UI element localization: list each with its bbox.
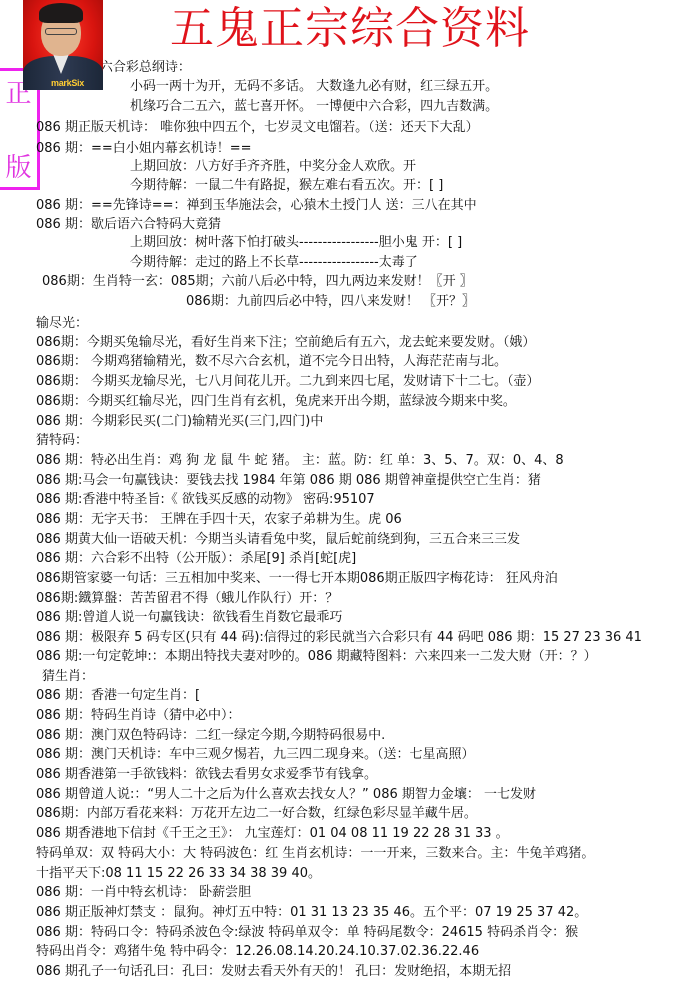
portrait-glasses: [45, 28, 77, 35]
text-line: 086 期：香港一句定生肖：[: [36, 686, 200, 706]
text-line: 086 期：特码口令：特码杀波色令:绿波 特码单双令：单 特码尾数令：24615…: [36, 923, 578, 943]
text-line: 输尽光：: [36, 314, 88, 334]
text-line: 086 期正版天机诗： 唯你独中四五个，七岁灵文电馏若。（送：还天下大乱）: [36, 118, 479, 138]
text-line: 上期回放：树叶落下怕打破头-----------------胆小鬼 开：[ ]: [130, 233, 462, 253]
text-line: 小码一两十为开，无码不多话。 大数逢九必有财，红三绿五开。: [130, 77, 498, 97]
text-line: 086期： 今期鸡猪输精光，数不尽六合玄机，道不完今日出特，人海茫茫南与北。: [36, 352, 507, 372]
text-line: 特码单双：双 特码大小：大 特码波色：红 生肖玄机诗：一一开来，三数来合。主：牛…: [36, 844, 594, 864]
text-line: 086 期：特码生肖诗（猜中必中）：: [36, 706, 240, 726]
text-line: 今期待解：走过的路上不长草-----------------太毒了: [130, 253, 418, 273]
text-line: 086 期孔子一句话孔曰：孔曰：发财去看天外有天的！ 孔曰：发财绝招，本期无招: [36, 962, 511, 982]
text-line: 十指平天下:08 11 15 22 26 33 34 38 39 40。: [36, 864, 321, 884]
text-line: 086 期：歇后语六合特码大竟猜: [36, 215, 221, 235]
text-line: 上期回放：八方好手齐齐胜，中奖分金人欢欣。开: [130, 157, 416, 177]
portrait-image: markSix: [23, 0, 103, 90]
text-line: 086 期黄大仙一语破天机：今期当头请看兔中奖，鼠后蛇前绕到狗，三五合来三三发: [36, 530, 520, 550]
text-line: 猜生肖：: [42, 667, 94, 687]
text-line: 猜特码：: [36, 431, 88, 451]
text-line: 086 期:曾道人说一句赢钱诀：欲钱看生肖数它最乖巧: [36, 608, 342, 628]
text-line: 086期：生肖特一玄：085期；六前八后必中特，四九两边来发财！〖开 〗: [42, 272, 473, 292]
page-title: 五鬼正宗综合资料: [170, 4, 570, 54]
text-line: 086 期：六合彩不出特（公开版）：杀尾[9] 杀肖[蛇[虎]: [36, 549, 356, 569]
text-line: 086 期香港地下信封《千王之王》： 九宝莲灯：01 04 08 11 19 2…: [36, 824, 509, 844]
text-line: 086期：今期买红输尽光，四门生肖有玄机，兔虎来开出今期，蓝绿波今期来中奖。: [36, 392, 516, 412]
text-line: 086 期香港第一手欲钱料：欲钱去看男女求爱季节有钱拿。: [36, 765, 377, 785]
text-line: 086 期:马会一句赢钱诀：要钱去找 1984 年第 086 期 086 期曾神…: [36, 471, 541, 491]
text-line: 086 期：==先锋诗==：禅到玉华施法会，心猿木土授门人 送：三八在其中: [36, 196, 477, 216]
text-line: 086期管家婆一句话：三五相加中奖来、一一得七开本期086期正版四字梅花诗： 狂…: [36, 569, 558, 589]
text-line: 086 期：特必出生肖：鸡 狗 龙 鼠 牛 蛇 猪。 主：蓝。防：红 单：3、5…: [36, 451, 564, 471]
text-line: 086 期曾道人说:：“男人二十之后为什么喜欢去找女人？” 086 期智力金壤：…: [36, 785, 536, 805]
text-line: 086 期：无字天书： 王牌在手四十天，农家子弟耕为生。虎 06: [36, 510, 402, 530]
text-line: 086 期正版神灯禁支 ：鼠狗。神灯五中特：01 31 13 23 35 46。…: [36, 903, 587, 923]
badge-char-ban: 版: [5, 153, 31, 183]
text-line: 086 期：澳门双色特码诗：二红一绿定今期,今期特码很易中.: [36, 726, 385, 746]
text-line: 086 期：一肖中特玄机诗： 卧薪尝胆: [36, 883, 251, 903]
text-line: 086 期：==白小姐内幕玄机诗！==: [36, 139, 252, 159]
text-line: 今期待解：一鼠二牛有路捉，猴左难右看五次。开：[ ]: [130, 176, 443, 196]
text-line: 机缘巧合二五六，蓝七喜开怀。 一博便中六合彩，四九吉数满。: [130, 97, 498, 117]
text-line: 086期：内部万看花来料：万花开左边二一好合数，红绿色彩尽显羊藏牛居。: [36, 804, 477, 824]
text-line: 086期：九前四后必中特，四八来发财！ 〖开？〗: [186, 292, 475, 312]
portrait-hair: [39, 3, 83, 23]
portrait-brand-logo: markSix: [51, 78, 84, 88]
text-line: 086期:鐡算盤：苦苦留君不得（蛾儿作队行）开：？: [36, 589, 338, 609]
text-line: 086 期:香港中特圣旨:《 欲钱买反感的动物》 密码:95107: [36, 490, 375, 510]
text-line: 086 期：今期彩民买(二门)输精光买(三门,四门)中: [36, 412, 323, 432]
text-line: 086 期:一句定乾坤:：本期出特找夫妻对吵的。086 期藏特图料：六来四来一二…: [36, 647, 597, 667]
text-line: 086期：今期买兔输尽光，看好生肖来下注；空前絶后有五六，龙去蛇来要发财。（娥）: [36, 333, 535, 353]
text-line: 086 期：极限弃 5 码专区(只有 44 码):信得过的彩民就当六合彩只有 4…: [36, 628, 642, 648]
text-line: 086 期：澳门天机诗：车中三观夕惕若，九三四二现身来。（送：七星高照）: [36, 745, 474, 765]
text-line: 086期： 今期买龙输尽光，七八月间花儿开。二九到来四七尾，发财请下十二七。（壶…: [36, 372, 539, 392]
text-line: 特码出肖令：鸡猪牛兔 特中码令：12.26.08.14.20.24.10.37.…: [36, 942, 479, 962]
